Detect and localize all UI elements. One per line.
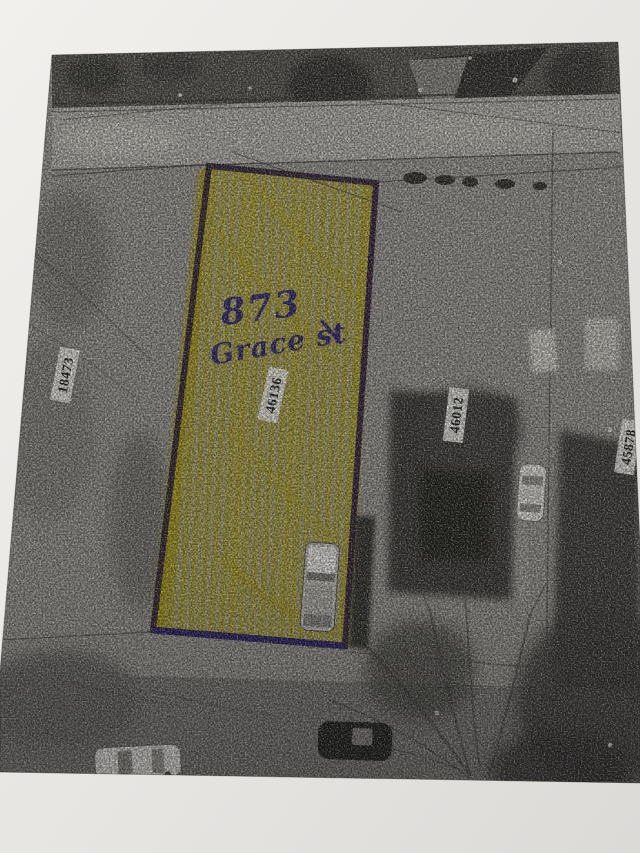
aerial-photo: 18473 46136 46012 45878 873 Grace st <box>0 30 640 810</box>
scanned-aerial-photo-page: 18473 46136 46012 45878 873 Grace st <box>0 0 640 853</box>
photo-vignette <box>0 30 640 790</box>
